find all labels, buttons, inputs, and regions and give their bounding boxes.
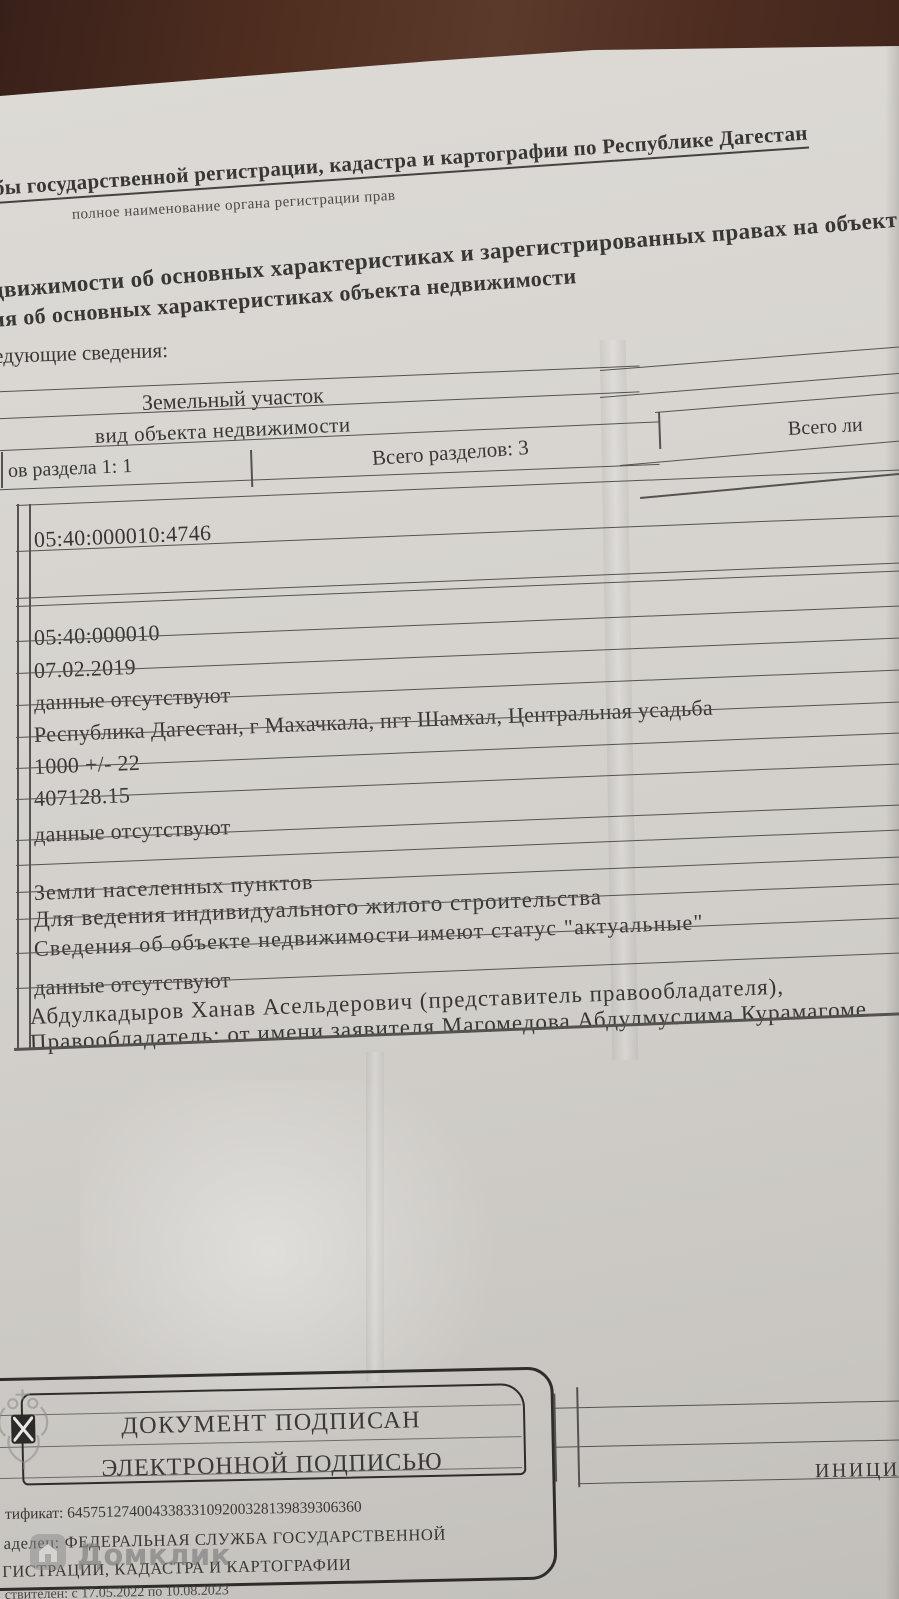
table-line [600, 343, 899, 371]
wood-table-background [0, 0, 899, 125]
domclick-watermark-text: Домклик [77, 1538, 231, 1572]
sections-total: Всего разделов: 3 [371, 435, 529, 471]
domclick-watermark: Домклик [28, 1532, 231, 1577]
table-line [554, 1439, 899, 1448]
field-no-data: данные отсутствуют [33, 814, 231, 848]
table-line [16, 762, 899, 800]
initials-cell: ИНИЦИ [815, 1458, 899, 1483]
table-left-border [17, 504, 19, 1050]
domclick-logo-icon [28, 1532, 68, 1577]
table-line [640, 468, 899, 499]
paper-fold-crease [366, 1052, 384, 1382]
table-line [658, 412, 661, 449]
intro-text: едующие сведения: [0, 338, 168, 369]
section-sheets: ов раздела 1: 1 [8, 455, 133, 483]
certificate-label: тификат: [5, 1505, 64, 1523]
document-photo: бы государственной регистрации, кадастра… [0, 0, 899, 1599]
table-line [1, 452, 3, 488]
table-line [16, 569, 899, 607]
initials-table: ИНИЦИ [540, 1372, 899, 1500]
sheets-total: Всего ли [787, 414, 863, 441]
field-no-data: данные отсутствуют [33, 682, 231, 716]
table-line [554, 1400, 899, 1409]
table-line [16, 561, 899, 599]
authority-name: бы государственной регистрации, кадастра… [0, 121, 809, 204]
field-cadastral-number: 05:40:000010:4746 [33, 520, 211, 553]
table-line [250, 450, 253, 487]
table-line [576, 1387, 580, 1487]
table-line [655, 389, 899, 413]
table-left-border [29, 504, 31, 1050]
table-line [620, 436, 899, 466]
photo-edge-shadow [885, 0, 899, 1599]
table-line [600, 370, 899, 398]
